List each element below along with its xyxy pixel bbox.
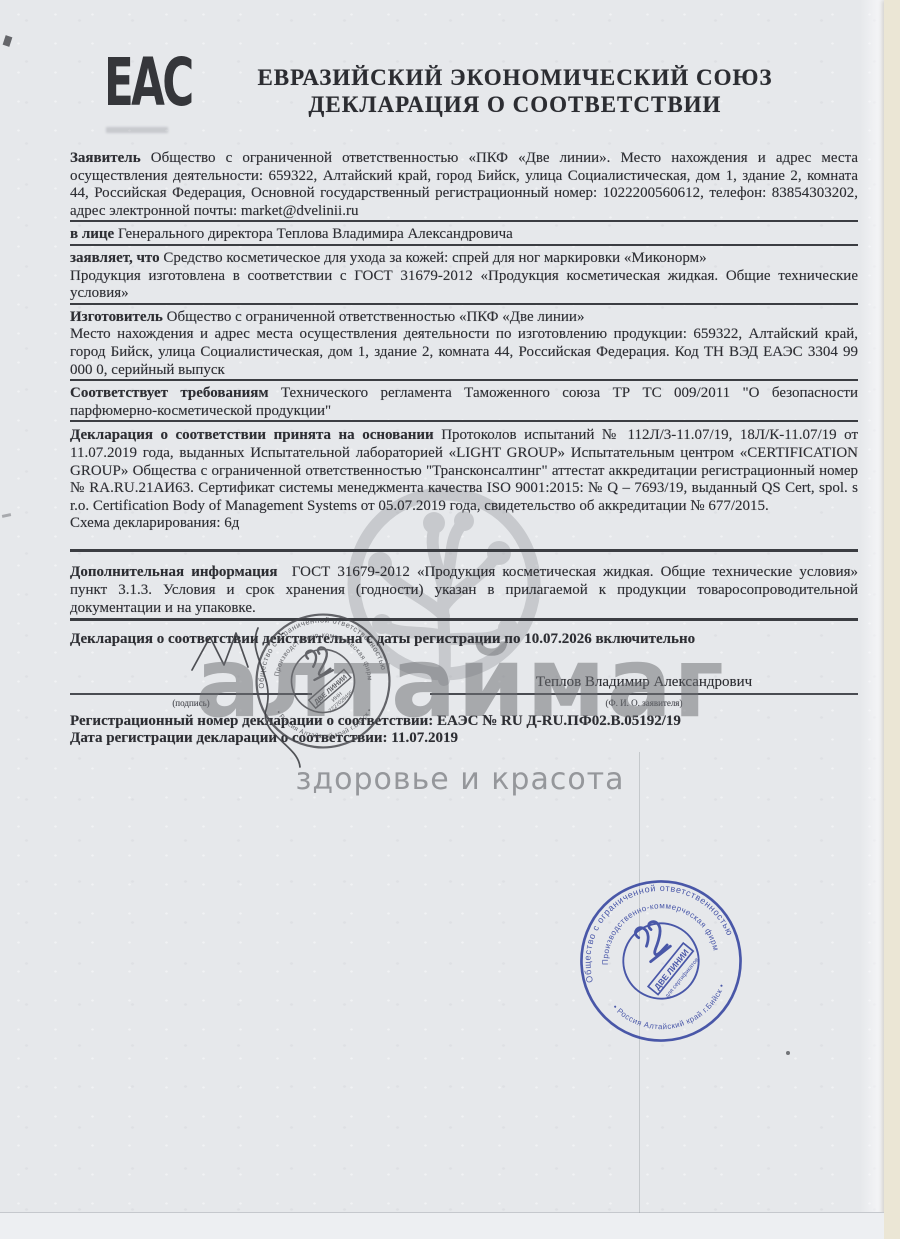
scan-edge-strip bbox=[884, 0, 900, 1239]
declares-made-text: Продукция изготовлена в соответствии с Г… bbox=[70, 268, 858, 302]
document-title-line1: ЕВРАЗИЙСКИЙ ЭКОНОМИЧЕСКИЙ СОЮЗ bbox=[200, 64, 830, 91]
additional-label: Дополнительная информация bbox=[70, 564, 278, 580]
manufacturer-section: Изготовитель Общество с ограниченной отв… bbox=[70, 305, 858, 381]
stamp-banner: ДВЕ ЛИНИИ для сертификатов bbox=[648, 943, 702, 1002]
eac-logo: ЕАС bbox=[104, 50, 192, 116]
applicant-section: Заявитель Общество с ограниченной ответс… bbox=[70, 150, 858, 222]
document-title: ЕВРАЗИЙСКИЙ ЭКОНОМИЧЕСКИЙ СОЮЗ ДЕКЛАРАЦИ… bbox=[200, 64, 830, 118]
declares-section: заявляет, что Средство косметическое для… bbox=[70, 246, 858, 305]
complies-label: Соответствует требованиям bbox=[70, 385, 269, 401]
company-stamp-blue: Общество с ограниченной ответственностью… bbox=[549, 849, 773, 1073]
manufacturer-name: Общество с ограниченной ответственностью… bbox=[167, 309, 585, 325]
two-lines-glyph bbox=[634, 919, 673, 963]
complies-section: Соответствует требованиям Технического р… bbox=[70, 381, 858, 422]
applicant-label: Заявитель bbox=[70, 150, 141, 166]
in-person-section: в лице Генерального директора Теплова Вл… bbox=[70, 222, 858, 246]
document-title-line2: ДЕКЛАРАЦИЯ О СООТВЕТСТВИИ bbox=[200, 91, 830, 118]
basis-section: Декларация о соответствии принята на осн… bbox=[70, 422, 858, 552]
brand-tagline: здоровье и красота bbox=[200, 762, 720, 797]
declares-product-text: Средство косметическое для ухода за коже… bbox=[163, 250, 706, 266]
brand-watermark: алтаймаг bbox=[190, 634, 730, 731]
manufacturer-label: Изготовитель bbox=[70, 309, 163, 325]
declares-label: заявляет, что bbox=[70, 250, 160, 266]
additional-info-section: Дополнительная информация ГОСТ 31679-201… bbox=[70, 564, 858, 621]
in-person-label: в лице bbox=[70, 226, 114, 242]
scan-bottom-edge bbox=[0, 1212, 884, 1239]
scan-speck-bottom bbox=[786, 1051, 790, 1055]
scan-speck-left bbox=[2, 513, 11, 518]
scan-speck-top-left bbox=[3, 35, 13, 47]
basis-label: Декларация о соответствии принята на осн… bbox=[70, 427, 434, 443]
manufacturer-address: Место нахождения и адрес места осуществл… bbox=[70, 326, 858, 377]
applicant-text: Общество с ограниченной ответственностью… bbox=[70, 150, 858, 219]
scheme-text: Схема декларирования: 6д bbox=[70, 515, 858, 533]
declaration-document-page: ЕАС ЕВРАЗИЙСКИЙ ЭКОНОМИЧЕСКИЙ СОЮЗ ДЕКЛА… bbox=[0, 0, 900, 1239]
in-person-text: Генерального директора Теплова Владимира… bbox=[118, 226, 513, 242]
eac-logo-caption-smudge bbox=[106, 127, 168, 133]
scan-edge-highlight bbox=[860, 0, 884, 1239]
